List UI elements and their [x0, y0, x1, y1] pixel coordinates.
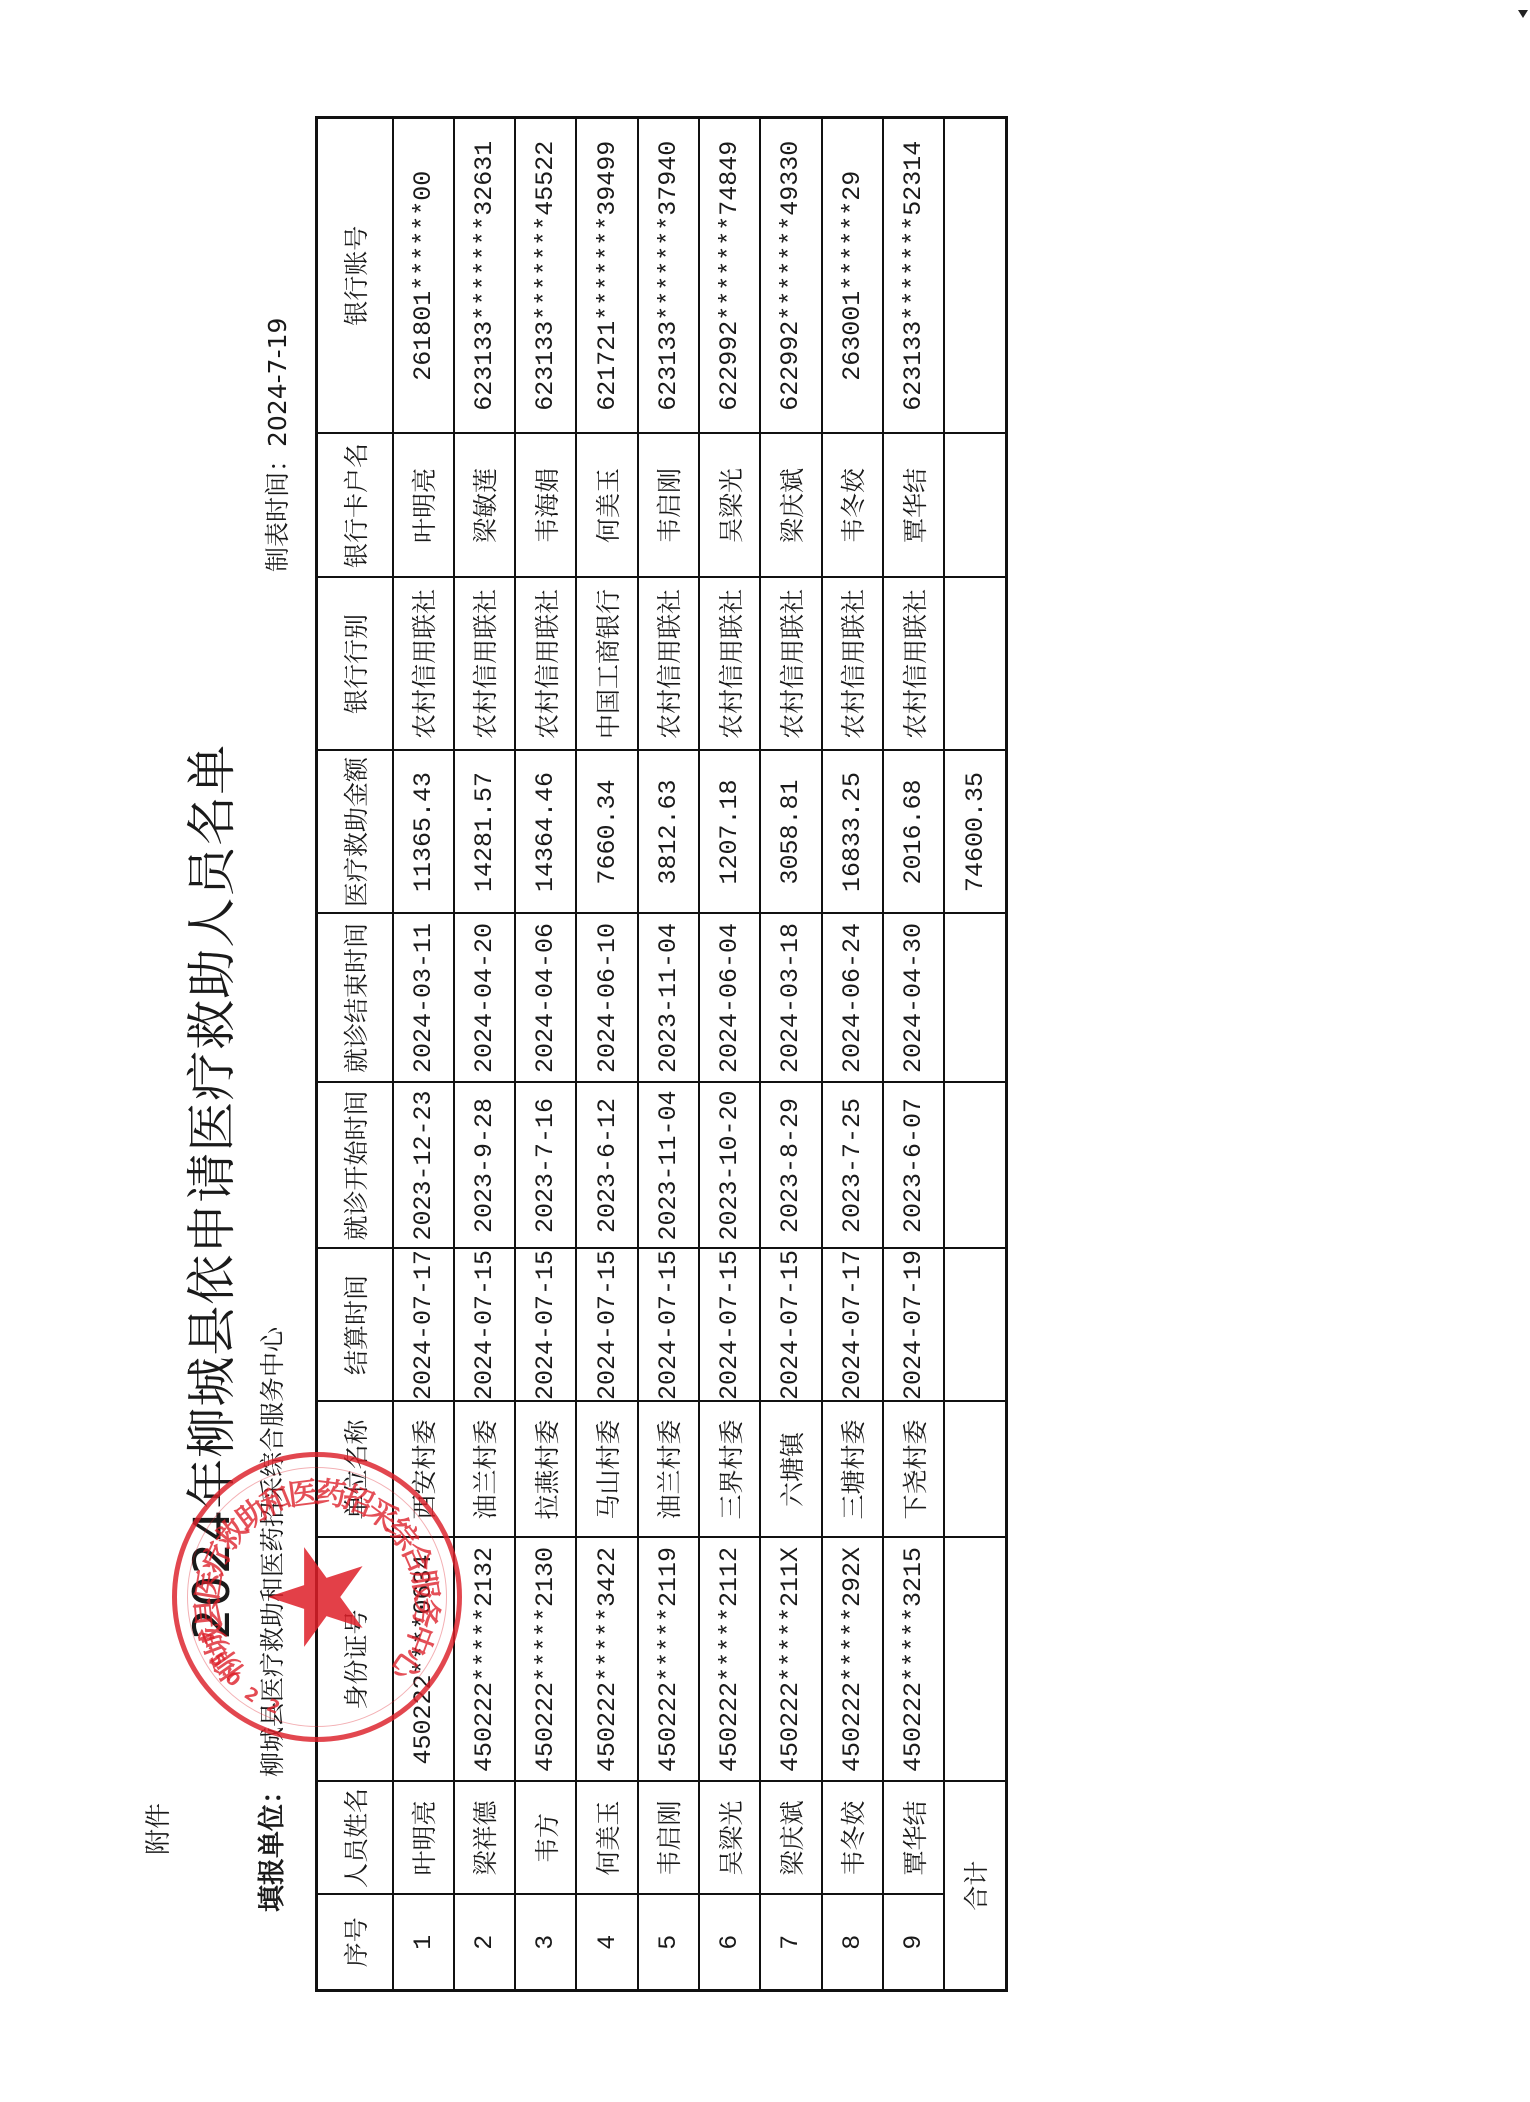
column-header: 银行卡户名 [317, 434, 393, 578]
cell-bank: 农村信用联社 [515, 578, 576, 751]
cell-start: 2023-6-12 [576, 1083, 637, 1249]
cell-start: 2023-7-16 [515, 1083, 576, 1249]
cell-seq: 6 [699, 1895, 760, 1991]
cell-settle: 2024-07-15 [760, 1249, 821, 1402]
empty-cell [944, 1083, 1006, 1249]
cell-end: 2024-03-18 [760, 914, 821, 1083]
made-date-label: 制表时间： [263, 447, 292, 572]
cell-account: 622992*******49330 [760, 118, 821, 434]
empty-cell [944, 434, 1006, 578]
cell-amount: 3058.81 [760, 751, 821, 914]
cell-end: 2024-04-30 [883, 914, 944, 1083]
cell-start: 2023-12-23 [393, 1083, 454, 1249]
column-header: 序号 [317, 1895, 393, 1991]
cell-start: 2023-11-04 [638, 1083, 699, 1249]
cell-name: 叶明亮 [393, 1782, 454, 1895]
cell-settle: 2024-07-17 [393, 1249, 454, 1402]
cell-settle: 2024-07-15 [576, 1249, 637, 1402]
empty-cell [944, 1538, 1006, 1782]
attachment-label: 附件 [138, 1803, 175, 1855]
cell-unit: 油兰村委 [454, 1402, 515, 1538]
cell-settle: 2024-07-15 [638, 1249, 699, 1402]
cell-end: 2024-04-06 [515, 914, 576, 1083]
cell-end: 2024-06-10 [576, 914, 637, 1083]
cell-account: 623133*******37940 [638, 118, 699, 434]
table-row: 6吴梁光450222*****2112三界村委2024-07-152023-10… [699, 118, 760, 1991]
made-date: 制表时间：2024-7-19 [258, 318, 294, 572]
cell-bank: 中国工商银行 [576, 578, 637, 751]
cell-holder: 梁敏莲 [454, 434, 515, 578]
cell-name: 覃华结 [883, 1782, 944, 1895]
column-header: 身份证号 [317, 1538, 393, 1782]
cell-holder: 韦海娟 [515, 434, 576, 578]
cell-holder: 覃华结 [883, 434, 944, 578]
cell-bank: 农村信用联社 [822, 578, 883, 751]
cell-amount: 14364.46 [515, 751, 576, 914]
column-header: 就诊结束时间 [317, 914, 393, 1083]
cell-name: 梁祥德 [454, 1782, 515, 1895]
empty-cell [944, 118, 1006, 434]
cell-unit: 三界村委 [699, 1402, 760, 1538]
cell-settle: 2024-07-19 [883, 1249, 944, 1402]
cell-seq: 2 [454, 1895, 515, 1991]
table-row: 2梁祥德450222*****2132油兰村委2024-07-152023-9-… [454, 118, 515, 1991]
cell-account: 622992*******74849 [699, 118, 760, 434]
cell-holder: 吴梁光 [699, 434, 760, 578]
empty-cell [944, 1402, 1006, 1538]
cell-id: 450222*****3422 [576, 1538, 637, 1782]
cell-id: 450222*****2130 [515, 1538, 576, 1782]
cell-name: 韦方 [515, 1782, 576, 1895]
cell-start: 2023-7-25 [822, 1083, 883, 1249]
cell-settle: 2024-07-15 [515, 1249, 576, 1402]
table-row: 3韦方450222*****2130拉燕村委2024-07-152023-7-1… [515, 118, 576, 1991]
table-row: 7梁庆斌450222*****211X六塘镇2024-07-152023-8-2… [760, 118, 821, 1991]
cell-start: 2023-10-20 [699, 1083, 760, 1249]
cell-start: 2023-9-28 [454, 1083, 515, 1249]
cell-id: 450222*****2119 [638, 1538, 699, 1782]
cell-settle: 2024-07-17 [822, 1249, 883, 1402]
cell-amount: 7660.34 [576, 751, 637, 914]
roster-table: 序号人员姓名身份证号单位名称结算时间就诊开始时间就诊结束时间医疗救助金额银行行别… [315, 116, 1008, 1992]
cell-seq: 4 [576, 1895, 637, 1991]
cell-id: 450222*****2132 [454, 1538, 515, 1782]
cell-seq: 7 [760, 1895, 821, 1991]
total-amount: 74600.35 [944, 751, 1006, 914]
scan-corner-mark [1518, 10, 1528, 18]
cell-bank: 农村信用联社 [454, 578, 515, 751]
cell-account: 261801******00 [393, 118, 454, 434]
column-header: 就诊开始时间 [317, 1083, 393, 1249]
cell-account: 263001******29 [822, 118, 883, 434]
cell-bank: 农村信用联社 [760, 578, 821, 751]
cell-name: 何美玉 [576, 1782, 637, 1895]
cell-unit: 拉燕村委 [515, 1402, 576, 1538]
cell-seq: 1 [393, 1895, 454, 1991]
cell-amount: 3812.63 [638, 751, 699, 914]
cell-amount: 16833.25 [822, 751, 883, 914]
cell-unit: 油兰村委 [638, 1402, 699, 1538]
cell-name: 梁庆斌 [760, 1782, 821, 1895]
column-header: 结算时间 [317, 1249, 393, 1402]
cell-name: 吴梁光 [699, 1782, 760, 1895]
cell-id: 450222*****2112 [699, 1538, 760, 1782]
cell-seq: 9 [883, 1895, 944, 1991]
cell-end: 2023-11-04 [638, 914, 699, 1083]
cell-settle: 2024-07-15 [454, 1249, 515, 1402]
column-header: 人员姓名 [317, 1782, 393, 1895]
table-row: 8韦冬姣450222*****292X三塘村委2024-07-172023-7-… [822, 118, 883, 1991]
cell-seq: 3 [515, 1895, 576, 1991]
cell-seq: 5 [638, 1895, 699, 1991]
table-body: 1叶明亮450222****0634西安村委2024-07-172023-12-… [393, 118, 1007, 1991]
reporting-unit-value: 柳城县医疗救助和医药招采综合服务中心 [258, 1327, 287, 1777]
table-row: 9覃华结450222*****3215下尧村委2024-07-192023-6-… [883, 118, 944, 1991]
column-header: 银行行别 [317, 578, 393, 751]
cell-seq: 8 [822, 1895, 883, 1991]
empty-cell [944, 914, 1006, 1083]
cell-end: 2024-03-11 [393, 914, 454, 1083]
cell-unit: 马山村委 [576, 1402, 637, 1538]
cell-unit: 三塘村委 [822, 1402, 883, 1538]
cell-account: 623133*******52314 [883, 118, 944, 434]
cell-bank: 农村信用联社 [883, 578, 944, 751]
reporting-unit: 填报单位：柳城县医疗救助和医药招采综合服务中心 [250, 1327, 289, 1912]
cell-end: 2024-04-20 [454, 914, 515, 1083]
cell-start: 2023-6-07 [883, 1083, 944, 1249]
made-date-value: 2024-7-19 [263, 318, 292, 447]
table-row: 4何美玉450222*****3422马山村委2024-07-152023-6-… [576, 118, 637, 1991]
cell-end: 2024-06-04 [699, 914, 760, 1083]
cell-id: 450222*****211X [760, 1538, 821, 1782]
empty-cell [944, 578, 1006, 751]
cell-start: 2023-8-29 [760, 1083, 821, 1249]
column-header: 单位名称 [317, 1402, 393, 1538]
cell-bank: 农村信用联社 [393, 578, 454, 751]
cell-id: 450222*****292X [822, 1538, 883, 1782]
cell-bank: 农村信用联社 [638, 578, 699, 751]
cell-account: 621721*******39499 [576, 118, 637, 434]
cell-name: 韦冬姣 [822, 1782, 883, 1895]
table-row: 5韦启刚450222*****2119油兰村委2024-07-152023-11… [638, 118, 699, 1991]
cell-unit: 西安村委 [393, 1402, 454, 1538]
cell-holder: 梁庆斌 [760, 434, 821, 578]
cell-account: 623133*******32631 [454, 118, 515, 434]
cell-amount: 1207.18 [699, 751, 760, 914]
total-row: 合计74600.35 [944, 118, 1006, 1991]
cell-unit: 六塘镇 [760, 1402, 821, 1538]
cell-bank: 农村信用联社 [699, 578, 760, 751]
cell-end: 2024-06-24 [822, 914, 883, 1083]
cell-id: 450222*****3215 [883, 1538, 944, 1782]
cell-settle: 2024-07-15 [699, 1249, 760, 1402]
roster-table-container: 序号人员姓名身份证号单位名称结算时间就诊开始时间就诊结束时间医疗救助金额银行行别… [315, 119, 1008, 1992]
cell-amount: 2016.68 [883, 751, 944, 914]
total-label: 合计 [944, 1782, 1006, 1991]
table-header-row: 序号人员姓名身份证号单位名称结算时间就诊开始时间就诊结束时间医疗救助金额银行行别… [317, 118, 393, 1991]
column-header: 银行账号 [317, 118, 393, 434]
cell-amount: 11365.43 [393, 751, 454, 914]
cell-amount: 14281.57 [454, 751, 515, 914]
page-title: 2024年柳城县依申请医疗救助人员名单 [172, 744, 244, 1640]
table-row: 1叶明亮450222****0634西安村委2024-07-172023-12-… [393, 118, 454, 1991]
empty-cell [944, 1249, 1006, 1402]
reporting-unit-label: 填报单位： [257, 1777, 288, 1912]
cell-holder: 何美玉 [576, 434, 637, 578]
cell-account: 623133*******45522 [515, 118, 576, 434]
cell-holder: 韦启刚 [638, 434, 699, 578]
cell-name: 韦启刚 [638, 1782, 699, 1895]
column-header: 医疗救助金额 [317, 751, 393, 914]
cell-unit: 下尧村委 [883, 1402, 944, 1538]
cell-holder: 韦冬姣 [822, 434, 883, 578]
cell-holder: 叶明亮 [393, 434, 454, 578]
cell-id: 450222****0634 [393, 1538, 454, 1782]
